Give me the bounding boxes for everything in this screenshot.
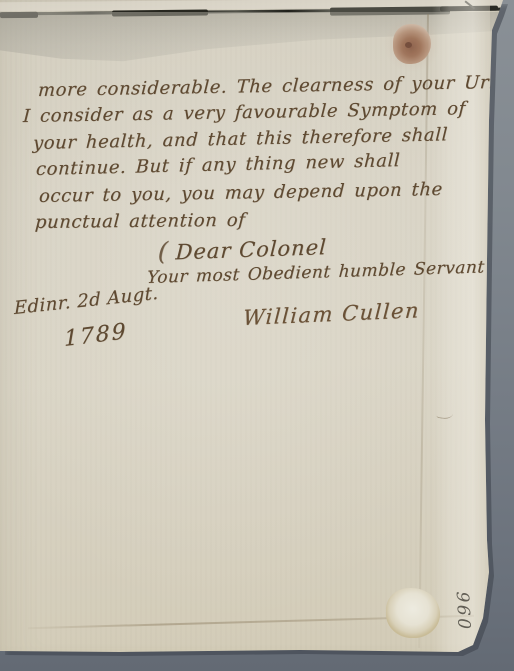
dateline-year: 1789 [64, 319, 128, 352]
folio-number: 096 [453, 577, 478, 641]
body-line-2: I consider as a very favourable Symptom … [22, 98, 466, 127]
body-line-6: punctual attention of [34, 210, 246, 233]
letter-page: more considerable. The clearness of your… [0, 0, 514, 671]
body-line-5: occur to you, you may depend upon the [38, 179, 443, 207]
signature: William Cullen [242, 298, 420, 330]
salutation-flourish: ( [157, 237, 169, 266]
manuscript-scan: more considerable. The clearness of your… [0, 0, 514, 671]
seal-residue-stain [386, 588, 440, 638]
salutation-text: Dear Colonel [175, 235, 327, 264]
dateline-place: Edinr. 2d Augt. [14, 283, 159, 319]
salutation-line: (Dear Colonel [157, 231, 327, 266]
body-line-4: continue. But if any thing new shall [36, 150, 401, 180]
